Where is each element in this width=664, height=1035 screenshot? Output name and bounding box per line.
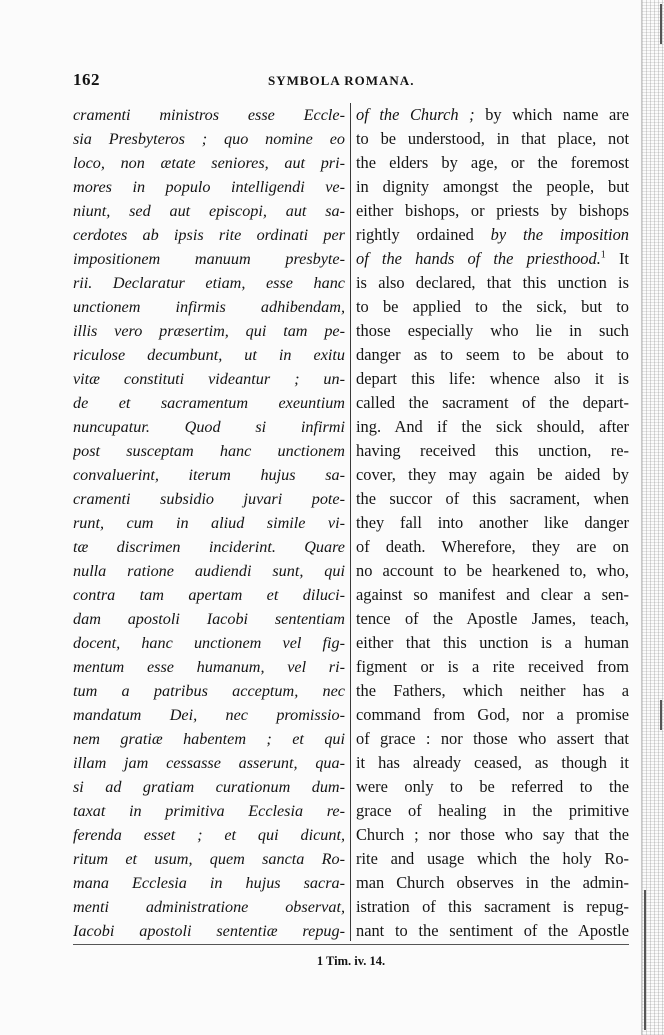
latin-line: tum a patribus acceptum, nec: [73, 679, 345, 703]
english-line: the succor of this sacrament, when: [356, 487, 629, 511]
english-line: were only to be referred to the: [356, 775, 629, 799]
latin-line: de et sacramentum exeuntium: [73, 391, 345, 415]
english-line: ing. And if the sick should, after: [356, 415, 629, 439]
text-run: by which name are: [475, 105, 629, 124]
latin-line: convaluerint, iterum hujus sa-: [73, 463, 345, 487]
english-line: either bishops, or priests by bishops: [356, 199, 629, 223]
english-line: figment or is a rite received from: [356, 655, 629, 679]
english-line: of the Church ; by which name are: [356, 103, 629, 127]
english-line: tence of the Apostle James, teach,: [356, 607, 629, 631]
english-line: of grace : nor those who assert that: [356, 727, 629, 751]
english-line: istration of this sacrament is repug-: [356, 895, 629, 919]
latin-line: runt, cum in aliud simile vi-: [73, 511, 345, 535]
latin-line: riculose decumbunt, ut in exitu: [73, 343, 345, 367]
latin-line: post susceptam hanc unctionem: [73, 439, 345, 463]
latin-line: mandatum Dei, nec promissio-: [73, 703, 345, 727]
latin-line: ritum et usum, quem sancta Ro-: [73, 847, 345, 871]
footnote: 1 Tim. iv. 14.: [73, 954, 629, 969]
latin-line: ferenda esset ; et qui dicunt,: [73, 823, 345, 847]
latin-line: Iacobi apostoli sententiæ repug-: [73, 919, 345, 943]
latin-line: niunt, sed aut episcopi, aut sa-: [73, 199, 345, 223]
latin-line: cerdotes ab ipsis rite ordinati per: [73, 223, 345, 247]
english-line: nant to the sentiment of the Apostle: [356, 919, 629, 943]
english-line: having received this unction, re-: [356, 439, 629, 463]
english-line: the elders by age, or the foremost: [356, 151, 629, 175]
english-line: the Fathers, which neither has a: [356, 679, 629, 703]
english-line: they fall into another like danger: [356, 511, 629, 535]
latin-line: rii. Declaratur etiam, esse hanc: [73, 271, 345, 295]
english-line: of the hands of the priesthood.1 It: [356, 247, 629, 271]
latin-line: docent, hanc unctionem vel fig-: [73, 631, 345, 655]
page-header: 162 SYMBOLA ROMANA.: [73, 70, 629, 94]
column-divider: [350, 103, 351, 941]
latin-line: illis vero præsertim, qui tam pe-: [73, 319, 345, 343]
latin-line: vitæ constituti videantur ; un-: [73, 367, 345, 391]
latin-line: taxat in primitiva Ecclesia re-: [73, 799, 345, 823]
english-line: it has already ceased, as though it: [356, 751, 629, 775]
latin-line: mentum esse humanum, vel ri-: [73, 655, 345, 679]
latin-line: nem gratiæ habentem ; et qui: [73, 727, 345, 751]
text-run: It: [606, 249, 629, 268]
page-edge-mark: [660, 4, 662, 44]
english-line: to be applied to the sick, but to: [356, 295, 629, 319]
english-line: in dignity amongst the people, but: [356, 175, 629, 199]
english-line: against so manifest and clear a sen-: [356, 583, 629, 607]
latin-line: loco, non ætate seniores, aut pri-: [73, 151, 345, 175]
latin-line: cramenti subsidio juvari pote-: [73, 487, 345, 511]
latin-line: sia Presbyteros ; quo nomine eo: [73, 127, 345, 151]
english-line: rite and usage which the holy Ro-: [356, 847, 629, 871]
footnote-text: 1 Tim. iv. 14.: [317, 954, 385, 968]
latin-line: nuncupatur. Quod si infirmi: [73, 415, 345, 439]
english-column: of the Church ; by which name are to be …: [356, 103, 629, 943]
latin-line: contra tam apertam et diluci-: [73, 583, 345, 607]
latin-line: mana Ecclesia in hujus sacra-: [73, 871, 345, 895]
latin-line: impositionem manuum presbyte-: [73, 247, 345, 271]
english-line: man Church observes in the admin-: [356, 871, 629, 895]
page-edge-mark: [660, 700, 662, 730]
italic-phrase: of the Church ;: [356, 105, 475, 124]
english-line: to be understood, in that place, not: [356, 127, 629, 151]
english-line: those especially who lie in such: [356, 319, 629, 343]
english-line: no account to be hearkened to, who,: [356, 559, 629, 583]
english-line: called the sacrament of the depart-: [356, 391, 629, 415]
latin-line: dam apostoli Iacobi sententiam: [73, 607, 345, 631]
italic-phrase: of the hands of the priesthood.: [356, 249, 601, 268]
text-run: rightly ordained: [356, 225, 491, 244]
english-line: command from God, nor a promise: [356, 703, 629, 727]
footnote-rule: [73, 944, 629, 945]
latin-line: illam jam cessasse asserunt, qua-: [73, 751, 345, 775]
english-line: grace of healing in the primitive: [356, 799, 629, 823]
english-line: danger as to seem to be about to: [356, 343, 629, 367]
latin-column: cramenti ministros esse Eccle- sia Presb…: [73, 103, 345, 943]
english-line: Church ; nor those who say that the: [356, 823, 629, 847]
latin-line: cramenti ministros esse Eccle-: [73, 103, 345, 127]
running-title: SYMBOLA ROMANA.: [268, 73, 414, 89]
english-line: depart this life: whence also it is: [356, 367, 629, 391]
latin-line: menti administratione observat,: [73, 895, 345, 919]
page-number: 162: [73, 70, 100, 90]
english-line: is also declared, that this unction is: [356, 271, 629, 295]
latin-line: unctionem infirmis adhibendam,: [73, 295, 345, 319]
english-line: rightly ordained by the imposition: [356, 223, 629, 247]
english-line: either that this unction is a human: [356, 631, 629, 655]
page-edge-scan-artifact: [641, 0, 664, 1035]
latin-line: si ad gratiam curationum dum-: [73, 775, 345, 799]
latin-line: mores in populo intelligendi ve-: [73, 175, 345, 199]
english-line: cover, they may again be aided by: [356, 463, 629, 487]
latin-line: nulla ratione audiendi sunt, qui: [73, 559, 345, 583]
page-edge-mark: [644, 890, 646, 1030]
italic-phrase: by the imposition: [491, 225, 629, 244]
latin-line: tæ discrimen inciderint. Quare: [73, 535, 345, 559]
english-line: of death. Wherefore, they are on: [356, 535, 629, 559]
